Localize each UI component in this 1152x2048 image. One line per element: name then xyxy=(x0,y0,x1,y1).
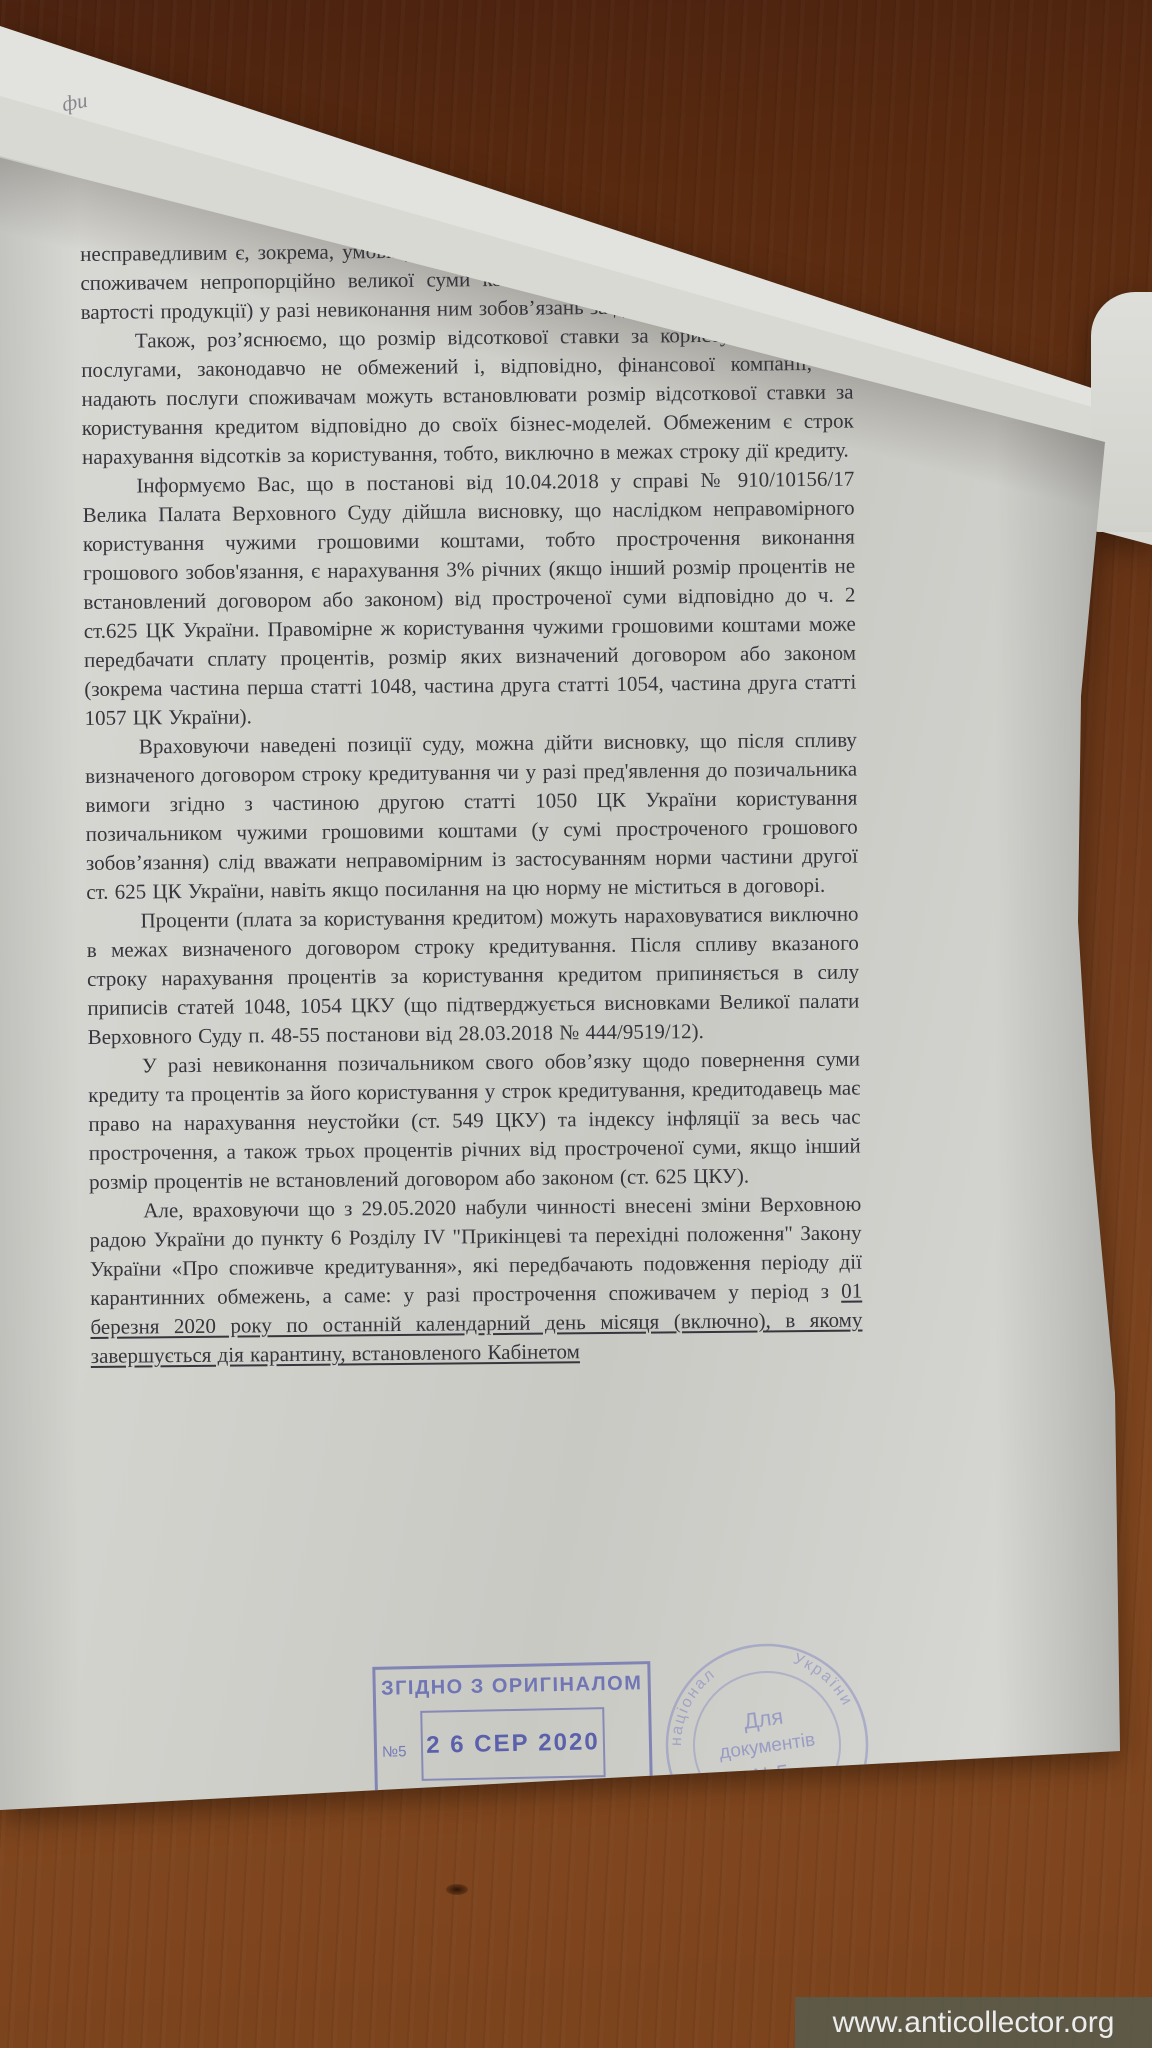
signature xyxy=(338,1758,838,1928)
page-curl-shadow xyxy=(995,420,1125,1760)
signature-stroke-main xyxy=(366,1809,682,1858)
seal-ring-bottom: м. Київ xyxy=(741,1788,810,1819)
page-left-shadow xyxy=(0,150,80,1815)
watermark-bar: www.anticollector.org xyxy=(795,1997,1152,2048)
paper-stack: фи 4 несправедливим є, зокрема, умови до… xyxy=(0,0,1152,2048)
stamp-date: 2 6 СЕР 2020 xyxy=(426,1728,600,1760)
right-corner-sheet xyxy=(1091,292,1152,532)
signature-stroke-tail xyxy=(682,1770,782,1900)
document-text: несправедливим є, зокрема, умови договор… xyxy=(80,233,863,1371)
round-seal-stamp: націонал України м. Київ Для документів … xyxy=(648,1626,885,1863)
photo-scene: фи 4 несправедливим є, зокрема, умови до… xyxy=(0,0,1152,2048)
paragraph-5: Проценти (плата за користування кредитом… xyxy=(86,900,859,1052)
watermark-text: www.anticollector.org xyxy=(833,2006,1115,2040)
handwritten-margin-note: фи xyxy=(60,88,90,117)
signature-stroke-flourish xyxy=(690,1805,801,1898)
document-page: 4 несправедливим є, зокрема, умови догов… xyxy=(0,0,1152,2048)
paragraph-7-text: Але, враховуючи що з 29.05.2020 набули ч… xyxy=(89,1192,861,1310)
paragraph-3: Інформуємо Вас, що в постанові від 10.04… xyxy=(82,465,856,733)
paragraph-4: Враховуючи наведені позиції суду, можна … xyxy=(85,726,859,907)
paragraph-7: Але, враховуючи що з 29.05.2020 набули ч… xyxy=(89,1190,863,1371)
certified-copy-stamp: ЗГІДНО З ОРИГІНАЛОМ №5 2 6 СЕР 2020 фахі… xyxy=(372,1661,653,1833)
stamp-caption: фахівець відповідального діловодства xyxy=(378,1800,650,1818)
paragraph-6: У разі невиконання позичальником свого о… xyxy=(88,1045,861,1197)
seal-center-line1: Для xyxy=(742,1704,785,1734)
stamp-title: ЗГІДНО З ОРИГІНАЛОМ xyxy=(376,1672,648,1701)
